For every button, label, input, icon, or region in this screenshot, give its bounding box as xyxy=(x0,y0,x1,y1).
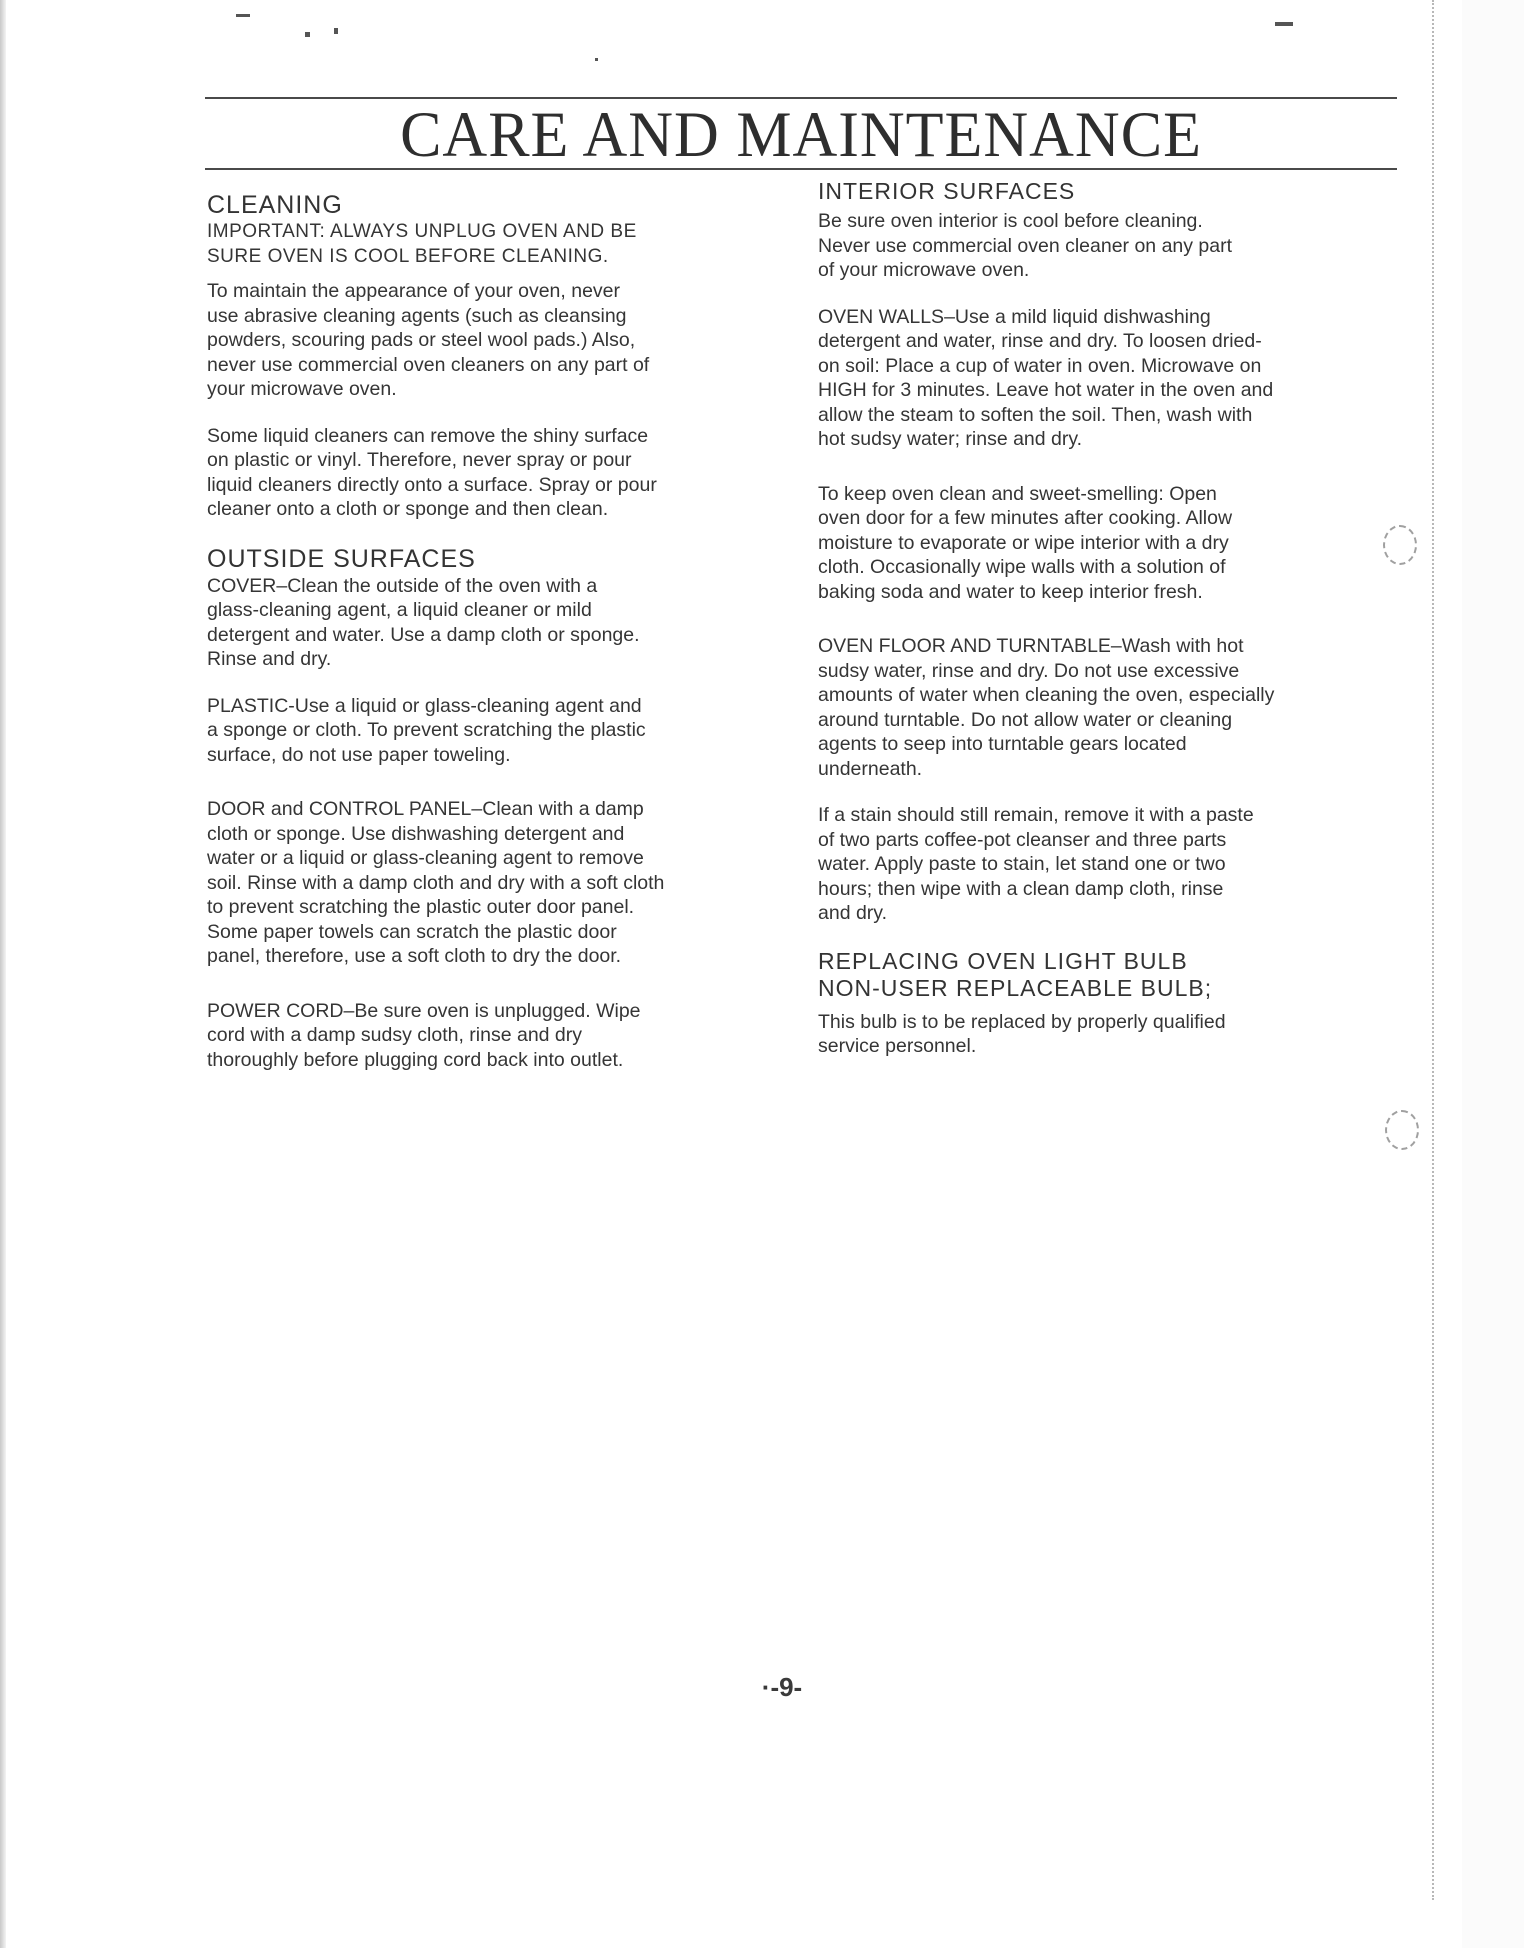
interior-intro-paragraph: Be sure oven interior is cool before cle… xyxy=(818,209,1378,283)
scan-edge-right xyxy=(1462,0,1524,1948)
cleaning-paragraph: To maintain the appearance of your oven,… xyxy=(207,279,767,402)
scan-perforation-line xyxy=(1432,0,1436,1900)
scan-speck xyxy=(595,58,598,61)
right-column: INTERIOR SURFACES Be sure oven interior … xyxy=(818,178,1378,1059)
punch-hole-mark xyxy=(1383,525,1417,565)
plastic-paragraph: PLASTIC-Use a liquid or glass-cleaning a… xyxy=(207,694,767,768)
cover-paragraph: COVER–Clean the outside of the oven with… xyxy=(207,574,767,672)
sweet-smelling-paragraph: To keep oven clean and sweet-smelling: O… xyxy=(818,482,1378,605)
section-heading-interior-surfaces: INTERIOR SURFACES xyxy=(818,178,1378,205)
power-cord-paragraph: POWER CORD–Be sure oven is unplugged. Wi… xyxy=(207,999,767,1073)
oven-floor-turntable-paragraph: OVEN FLOOR AND TURNTABLE–Wash with hot s… xyxy=(818,634,1378,781)
scan-edge-left xyxy=(0,0,6,1948)
left-column: CLEANING IMPORTANT: ALWAYS UNPLUG OVEN A… xyxy=(207,190,767,1072)
door-control-panel-paragraph: DOOR and CONTROL PANEL–Clean with a damp… xyxy=(207,797,767,969)
page-title: CARE AND MAINTENANCE xyxy=(205,98,1397,172)
cleaning-paragraph: Some liquid cleaners can remove the shin… xyxy=(207,424,767,522)
punch-hole-mark xyxy=(1385,1110,1419,1150)
section-heading-cleaning: CLEANING xyxy=(207,190,767,220)
section-heading-light-bulb: REPLACING OVEN LIGHT BULB NON-USER REPLA… xyxy=(818,948,1378,1002)
scan-speck xyxy=(1275,22,1293,26)
scan-speck xyxy=(236,14,250,17)
section-heading-outside-surfaces: OUTSIDE SURFACES xyxy=(207,544,767,574)
oven-walls-paragraph: OVEN WALLS–Use a mild liquid dishwashing… xyxy=(818,305,1378,452)
important-notice: IMPORTANT: ALWAYS UNPLUG OVEN AND BE SUR… xyxy=(207,220,767,269)
title-bottom-rule xyxy=(205,168,1397,170)
scan-speck xyxy=(305,32,310,37)
page-number: ·-9- xyxy=(752,1672,812,1703)
scan-speck xyxy=(334,28,338,34)
light-bulb-paragraph: This bulb is to be replaced by properly … xyxy=(818,1010,1378,1059)
stain-paragraph: If a stain should still remain, remove i… xyxy=(818,803,1378,926)
